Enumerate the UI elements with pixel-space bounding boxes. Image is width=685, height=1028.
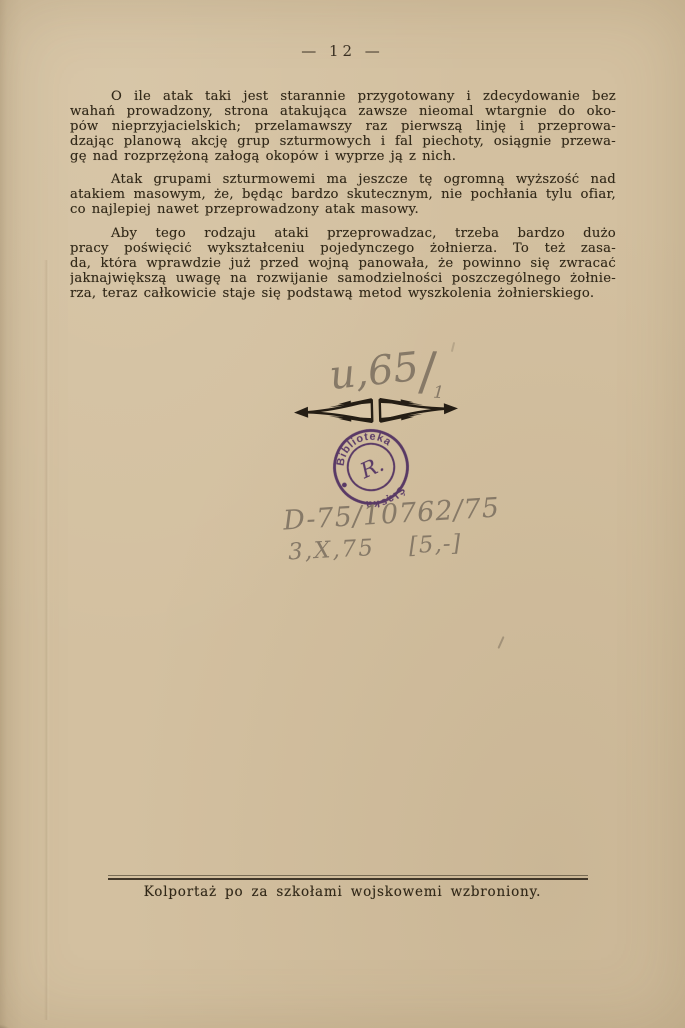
footer-notice: Kolportaż po za szkołami wojskowemi wzbr… [0, 884, 685, 900]
stamp-center-text: R. [356, 452, 388, 485]
text-line: co najlepiej nawet przeprowadzony atak m… [70, 203, 616, 218]
pencil-price: [5,-] [408, 530, 462, 559]
text-line: atakiem masowym, że, będąc bardzo skutec… [70, 188, 616, 203]
pencil-date: 3,X,75 [287, 535, 375, 566]
paper-crease [44, 260, 50, 1020]
text-line: dzając planową akcję grup szturmowych i … [70, 135, 616, 150]
text-line: wahań prowadzony, strona atakująca zawsz… [70, 105, 616, 120]
pencil-date-price: 3,X,75[5,-] [287, 530, 462, 565]
text-block: O ile atak taki jest starannie przygotow… [70, 90, 616, 311]
footer-rule [108, 875, 588, 880]
paragraph: Atak grupami szturmowemi ma jeszcze tę o… [70, 173, 616, 218]
text-line: pracy poświęcić wykształceniu pojedyncze… [70, 242, 616, 257]
text-line: jaknajwiększą uwagę na rozwijanie samodz… [70, 272, 616, 287]
pencil-shelfmark-main: u,65 [327, 344, 421, 399]
text-line: Atak grupami szturmowemi ma jeszcze tę o… [70, 173, 616, 188]
text-line: Aby tego rodzaju ataki przeprowadzac, tr… [70, 227, 616, 242]
text-line: gę nad rozprzężoną załogą okopów i wyprz… [70, 150, 616, 165]
text-line: da, która wprawdzie już przed wojną pano… [70, 257, 616, 272]
page-number: — 12 — [0, 42, 685, 60]
paragraph: O ile atak taki jest starannie przygotow… [70, 90, 616, 164]
text-line: O ile atak taki jest starannie przygotow… [70, 90, 616, 105]
pencil-stray-mark [497, 636, 504, 649]
paragraph: Aby tego rodzaju ataki przeprowadzac, tr… [70, 227, 616, 301]
pencil-accession-number: D-75/10762/75 [282, 492, 501, 536]
text-line: pów nieprzyjacielskich; przelamawszy raz… [70, 120, 616, 135]
scanned-book-page: — 12 — O ile atak taki jest starannie pr… [0, 0, 685, 1028]
pencil-stray-mark [451, 342, 455, 352]
text-line: rza, teraz całkowicie staje się podstawą… [70, 287, 616, 302]
